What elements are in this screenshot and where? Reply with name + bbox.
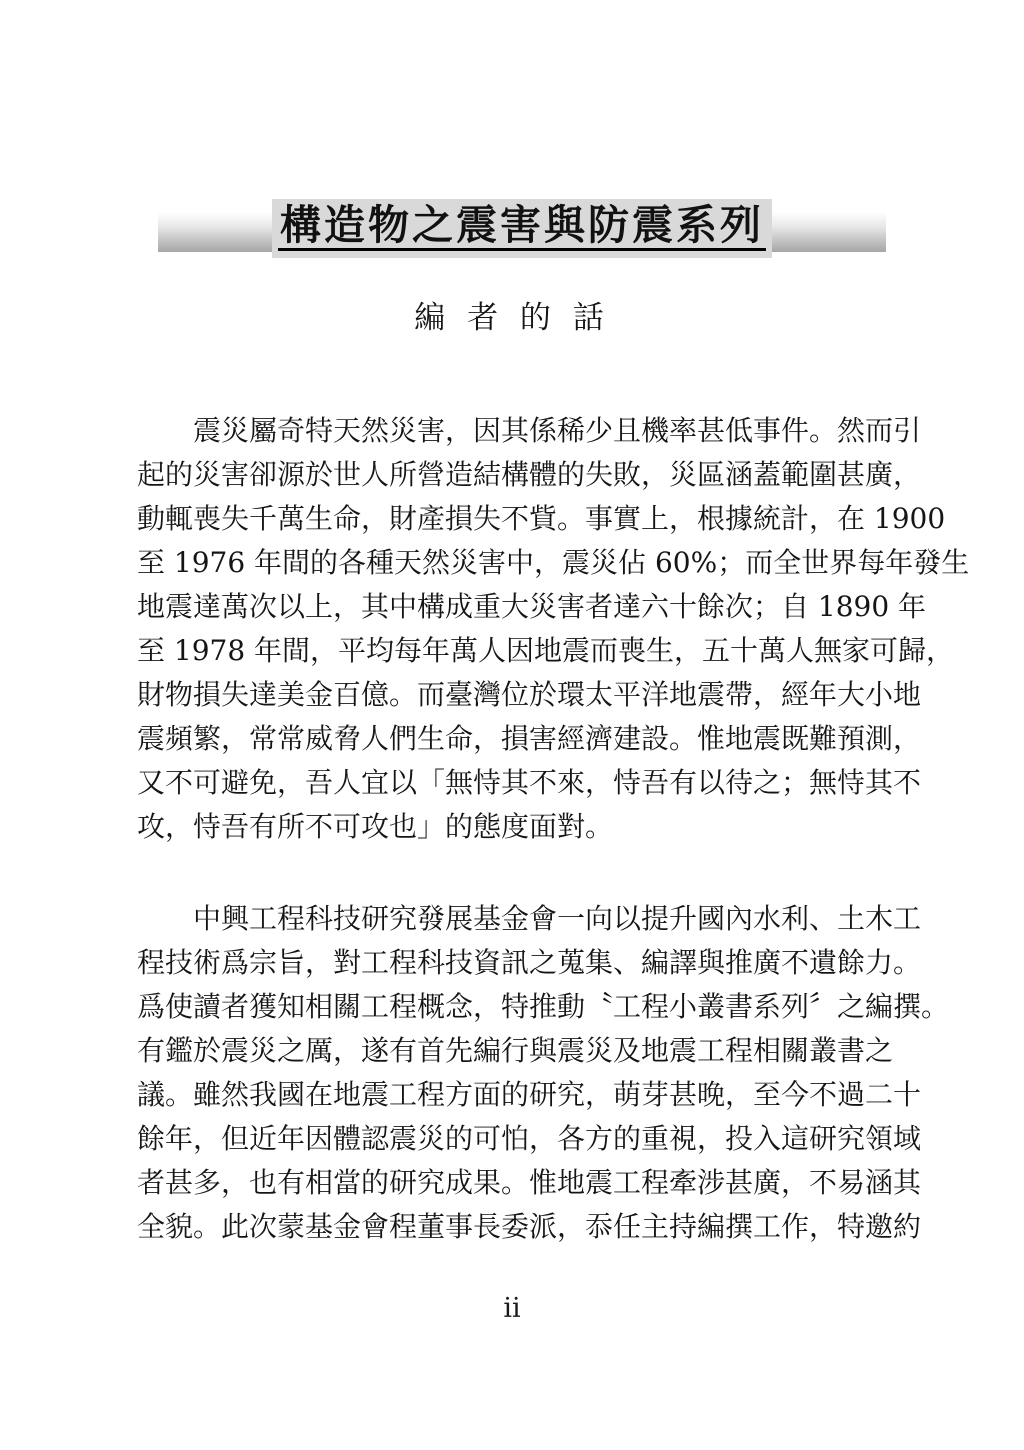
text-line: 攻，恃吾有所不可攻也」的態度面對。	[137, 805, 890, 849]
title-box: 構造物之震害與防震系列	[272, 199, 772, 258]
text-line: 至 1976 年間的各種天然災害中，震災佔 60%；而全世界每年發生	[137, 541, 890, 585]
text-line: 震頻繁，常常威脅人們生命，損害經濟建設。惟地震既難預測，	[137, 717, 890, 761]
text-line: 有鑑於震災之厲，遂有首先編行與震災及地震工程相關叢書之	[137, 1029, 890, 1073]
page-number: ii	[0, 1293, 1024, 1324]
banner-ribbon-left	[158, 212, 272, 252]
paragraph-2: 中興工程科技研究發展基金會一向以提升國內水利、土木工 程技術爲宗旨，對工程科技資…	[137, 897, 890, 1249]
text-line: 動輒喪失千萬生命，財產損失不貲。事實上，根據統計，在 1900	[137, 497, 890, 541]
body-text: 震災屬奇特天然災害，因其係稀少且機率甚低事件。然而引 起的災害卻源於世人所營造結…	[137, 409, 890, 1249]
text-line: 震災屬奇特天然災害，因其係稀少且機率甚低事件。然而引	[137, 409, 890, 453]
text-line: 者甚多，也有相當的研究成果。惟地震工程牽涉甚廣，不易涵其	[137, 1161, 890, 1205]
text-line: 餘年，但近年因體認震災的可怕，各方的重視，投入這研究領域	[137, 1117, 890, 1161]
paragraph-1: 震災屬奇特天然災害，因其係稀少且機率甚低事件。然而引 起的災害卻源於世人所營造結…	[137, 409, 890, 849]
document-page: 構造物之震害與防震系列 編 者 的 話 震災屬奇特天然災害，因其係稀少且機率甚低…	[0, 0, 1024, 1450]
text-line: 起的災害卻源於世人所營造結構體的失敗，災區涵蓋範圍甚廣，	[137, 453, 890, 497]
text-line: 又不可避免，吾人宜以「無恃其不來，恃吾有以待之；無恃其不	[137, 761, 890, 805]
text-line: 全貌。此次蒙基金會程董事長委派，忝任主持編撰工作，特邀約	[137, 1205, 890, 1249]
banner-ribbon-right	[772, 212, 886, 252]
text-line: 至 1978 年間，平均每年萬人因地震而喪生，五十萬人無家可歸，	[137, 629, 890, 673]
text-line: 議。雖然我國在地震工程方面的研究，萌芽甚晚，至今不過二十	[137, 1073, 890, 1117]
title-banner: 構造物之震害與防震系列	[158, 199, 886, 258]
text-line: 中興工程科技研究發展基金會一向以提升國內水利、土木工	[137, 897, 890, 941]
section-title: 編 者 的 話	[0, 292, 1024, 337]
text-line: 地震達萬次以上，其中構成重大災害者達六十餘次；自 1890 年	[137, 585, 890, 629]
text-line: 爲使讀者獲知相關工程概念，特推動〝工程小叢書系列〞之編撰。	[137, 985, 890, 1029]
text-line: 程技術爲宗旨，對工程科技資訊之蒐集、編譯與推廣不遺餘力。	[137, 941, 890, 985]
text-line: 財物損失達美金百億。而臺灣位於環太平洋地震帶，經年大小地	[137, 673, 890, 717]
series-title: 構造物之震害與防震系列	[278, 199, 766, 251]
